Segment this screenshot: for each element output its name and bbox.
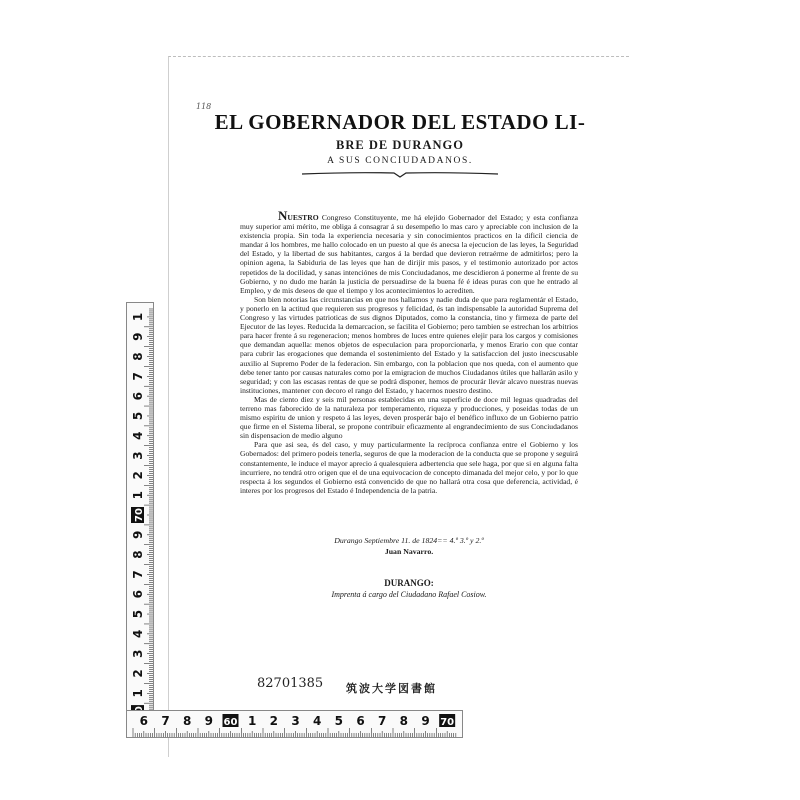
- paragraph-4: Para que asi sea, és del caso, y muy par…: [240, 440, 578, 495]
- svg-text:70: 70: [134, 508, 145, 522]
- svg-text:6: 6: [131, 392, 145, 400]
- svg-text:1: 1: [131, 313, 145, 321]
- title-line-3: A SUS CONCIUDADANOS.: [200, 156, 600, 166]
- svg-text:2: 2: [131, 669, 145, 677]
- svg-text:6: 6: [131, 590, 145, 598]
- title-line-1: EL GOBERNADOR DEL ESTADO LI-: [200, 110, 600, 135]
- svg-text:6: 6: [140, 714, 148, 728]
- svg-text:8: 8: [131, 352, 145, 360]
- catalog-number: 82701385: [257, 676, 323, 691]
- paragraph-1: NUESTRO Congreso Constituyente, me há el…: [240, 211, 578, 295]
- svg-text:2: 2: [131, 471, 145, 479]
- svg-text:4: 4: [131, 630, 145, 638]
- svg-text:9: 9: [421, 714, 429, 728]
- svg-text:6: 6: [356, 714, 364, 728]
- dateline: Durango Septiembre 11. de 1824== 4.º 3.º…: [240, 536, 578, 545]
- svg-text:4: 4: [313, 714, 321, 728]
- svg-text:60: 60: [224, 717, 238, 728]
- svg-text:7: 7: [161, 714, 169, 728]
- vertical-scale-ruler: 90123456789701234567891: [126, 302, 154, 728]
- paragraph-2: Son bien notorias las circunstancias en …: [240, 295, 578, 395]
- svg-text:70: 70: [440, 717, 454, 728]
- svg-text:4: 4: [131, 432, 145, 440]
- svg-text:9: 9: [131, 531, 145, 539]
- svg-text:1: 1: [131, 689, 145, 697]
- library-stamp: 筑波大学図書館: [346, 680, 437, 696]
- imprint-city: DURANGO:: [240, 578, 578, 588]
- paragraph-3: Mas de ciento diez y seis mil personas e…: [240, 395, 578, 440]
- svg-text:9: 9: [205, 714, 213, 728]
- svg-text:1: 1: [248, 714, 256, 728]
- ornamental-rule: [302, 172, 498, 178]
- svg-text:7: 7: [378, 714, 386, 728]
- svg-text:3: 3: [291, 714, 299, 728]
- svg-text:7: 7: [131, 372, 145, 380]
- proclamation-body: NUESTRO Congreso Constituyente, me há el…: [240, 211, 578, 495]
- horizontal-scale-ruler: 67896012345678970: [126, 710, 463, 738]
- svg-text:2: 2: [270, 714, 278, 728]
- svg-text:8: 8: [400, 714, 408, 728]
- signature: Juan Navarro.: [240, 547, 578, 556]
- title-line-2: BRE DE DURANGO: [200, 138, 600, 153]
- svg-text:3: 3: [131, 451, 145, 459]
- svg-text:3: 3: [131, 649, 145, 657]
- svg-text:9: 9: [131, 333, 145, 341]
- svg-text:5: 5: [131, 412, 145, 420]
- svg-text:8: 8: [131, 550, 145, 558]
- svg-text:1: 1: [131, 491, 145, 499]
- drop-cap: N: [278, 208, 287, 223]
- svg-text:7: 7: [131, 570, 145, 578]
- imprint-line: Imprenta á cargo del Ciudadano Rafael Co…: [240, 590, 578, 599]
- svg-text:5: 5: [131, 610, 145, 618]
- svg-text:8: 8: [183, 714, 191, 728]
- svg-text:5: 5: [335, 714, 343, 728]
